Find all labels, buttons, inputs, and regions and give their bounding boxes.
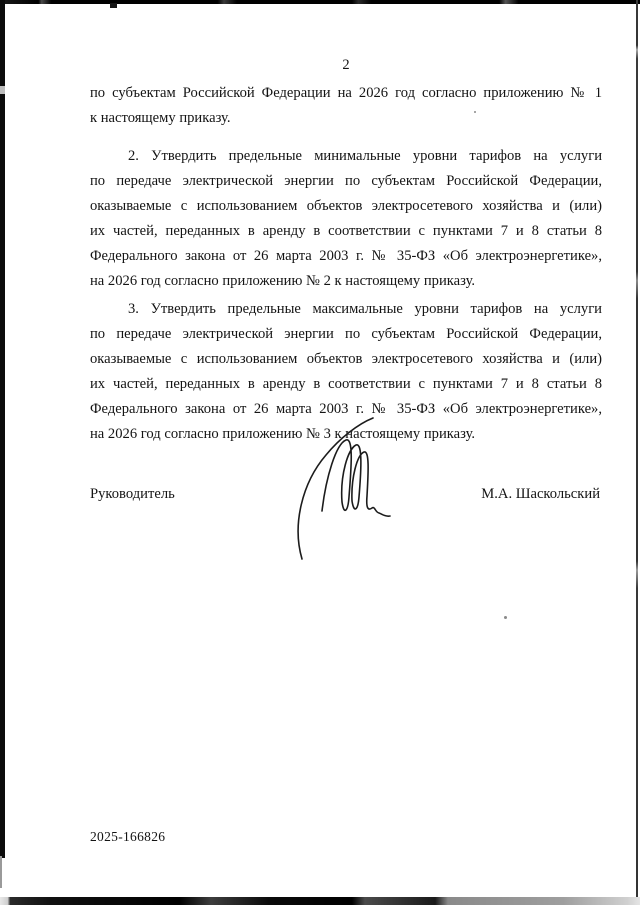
- scan-speck: [504, 616, 507, 619]
- signature-scribble-icon: [278, 411, 408, 561]
- scan-border-left-gap: [0, 86, 5, 94]
- scan-border-top: [0, 0, 640, 4]
- text-line: оказываемые с использованием объектов эл…: [90, 347, 602, 372]
- text-line: к настоящему приказу.: [90, 106, 602, 131]
- document-body: по субъектам Российской Федерации на 202…: [90, 81, 602, 447]
- text-line: на 2026 год согласно приложению № 2 к на…: [90, 269, 602, 294]
- paragraph-item-2: 2. Утвердить предельные минимальные уров…: [90, 144, 602, 294]
- text-line: по передаче электрической энергии по суб…: [90, 169, 602, 194]
- footer-document-code: 2025-166826: [90, 829, 165, 845]
- text-line: Федерального закона от 26 марта 2003 г. …: [90, 244, 602, 269]
- text-line: по субъектам Российской Федерации на 202…: [90, 81, 602, 106]
- scan-border-right: [636, 0, 638, 905]
- signature-name: М.А. Шаскольский: [481, 486, 600, 503]
- text-line: по передаче электрической энергии по суб…: [90, 322, 602, 347]
- scanned-document-page: 2 по субъектам Российской Федерации на 2…: [0, 0, 640, 905]
- text-line: оказываемые с использованием объектов эл…: [90, 194, 602, 219]
- scan-border-notch: [110, 3, 117, 8]
- scan-border-left: [0, 0, 5, 858]
- text-line: их частей, переданных в аренду в соответ…: [90, 372, 602, 397]
- text-line: их частей, переданных в аренду в соответ…: [90, 219, 602, 244]
- scan-border-left-tail: [0, 856, 2, 888]
- signature-role-label: Руководитель: [90, 486, 175, 503]
- paragraph-continuation: по субъектам Российской Федерации на 202…: [90, 81, 602, 131]
- text-line: 3. Утвердить предельные максимальные уро…: [90, 297, 602, 322]
- scan-border-bottom: [0, 897, 640, 905]
- text-line: 2. Утвердить предельные минимальные уров…: [90, 144, 602, 169]
- page-number: 2: [90, 57, 602, 74]
